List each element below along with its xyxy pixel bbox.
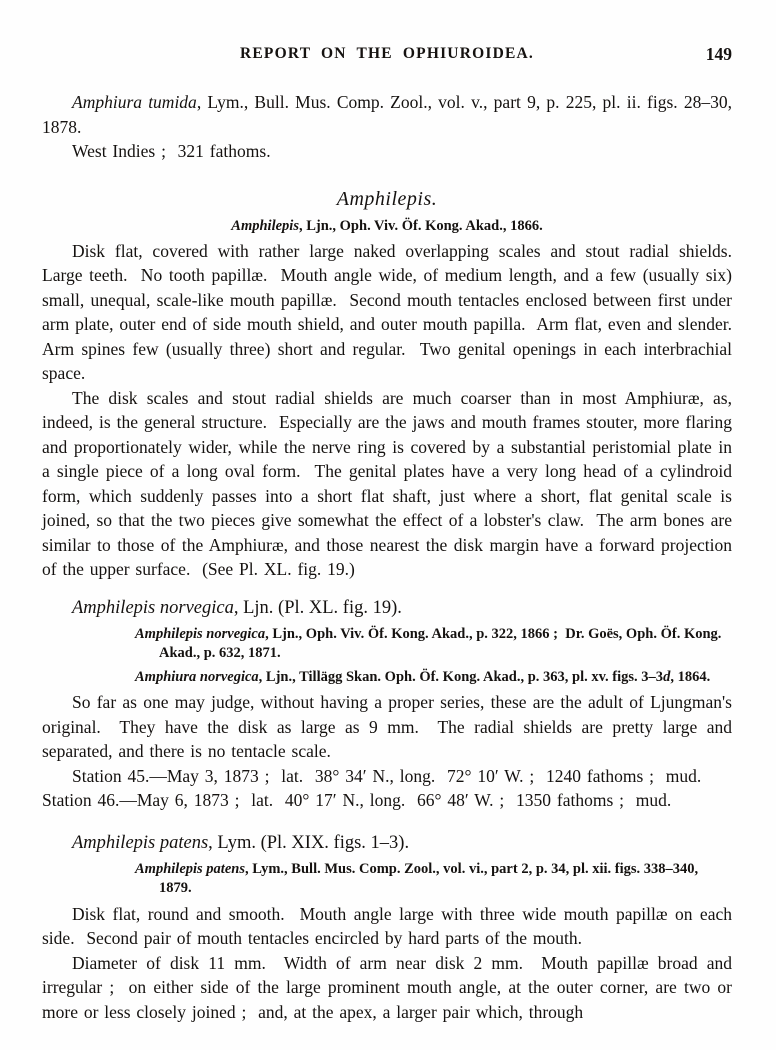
entry-amphilepis-norvegica: Amphilepis norvegica, Ljn. (Pl. XL. fig.… <box>42 596 732 813</box>
citation-text: , Ljn., Oph. Viv. Öf. Kong. Akad., 1866. <box>299 218 543 234</box>
species-name: Amphilepis patens <box>72 833 208 853</box>
page-title: REPORT ON THE OPHIUROIDEA. <box>42 44 732 64</box>
species-name: Amphilepis norvegica <box>72 598 234 618</box>
species-heading: Amphilepis norvegica, Ljn. (Pl. XL. fig.… <box>42 596 732 621</box>
heading-rest: , Ljn. (Pl. XL. fig. 19). <box>234 598 402 618</box>
locality-line: West Indies ; 321 fathoms. <box>42 139 732 164</box>
running-header: REPORT ON THE OPHIUROIDEA. 149 <box>42 44 732 64</box>
page-number: 149 <box>706 44 732 64</box>
genus-remarks-paragraph: The disk scales and stout radial shields… <box>42 386 732 582</box>
species-name: Amphiura tumida <box>72 92 197 112</box>
species-description-paragraph: Disk flat, round and smooth. Mouth angle… <box>42 902 732 951</box>
genus-amphilepis: Amphilepis. Amphilepis, Ljn., Oph. Viv. … <box>42 186 732 582</box>
station-record: Station 46.—May 6, 1873 ; lat. 40° 17′ N… <box>42 788 732 813</box>
scanned-book-page: REPORT ON THE OPHIUROIDEA. 149 Amphiura … <box>0 0 776 1050</box>
synonymy-line: Amphilepis norvegica, Ljn., Oph. Viv. Öf… <box>42 625 732 664</box>
heading-rest: , Lym. (Pl. XIX. figs. 1–3). <box>208 833 409 853</box>
synonym-name: Amphilepis patens <box>135 861 245 877</box>
synonymy-line: Amphilepis patens, Lym., Bull. Mus. Comp… <box>42 860 732 899</box>
species-measurements-paragraph: Diameter of disk 11 mm. Width of arm nea… <box>42 951 732 1025</box>
genus-description-paragraph: Disk flat, covered with rather large nak… <box>42 239 732 386</box>
scan-artifact: · · · <box>290 978 319 988</box>
entry-amphilepis-patens: Amphilepis patens, Lym. (Pl. XIX. figs. … <box>42 831 732 1025</box>
citation-text: , Ljn., Tillägg Skan. Oph. Öf. Kong. Aka… <box>259 669 663 685</box>
station-record: Station 45.—May 3, 1873 ; lat. 38° 34′ N… <box>42 764 732 789</box>
species-heading: Amphilepis patens, Lym. (Pl. XIX. figs. … <box>42 831 732 856</box>
synonymy-line: Amphiura norvegica, Ljn., Tillägg Skan. … <box>42 668 732 688</box>
species-citation-line: Amphiura tumida, Lym., Bull. Mus. Comp. … <box>42 90 732 139</box>
synonym-name: Amphilepis norvegica <box>135 626 265 642</box>
genus-heading: Amphilepis. <box>42 186 732 212</box>
entry-amphiura-tumida: Amphiura tumida, Lym., Bull. Mus. Comp. … <box>42 90 732 164</box>
species-remarks-paragraph: So far as one may judge, without having … <box>42 690 732 764</box>
synonym-name: Amphiura norvegica <box>135 669 259 685</box>
genus-synonymy-line: Amphilepis, Ljn., Oph. Viv. Öf. Kong. Ak… <box>42 216 732 236</box>
genus-name: Amphilepis <box>231 218 299 234</box>
citation-text: , 1864. <box>670 669 710 685</box>
